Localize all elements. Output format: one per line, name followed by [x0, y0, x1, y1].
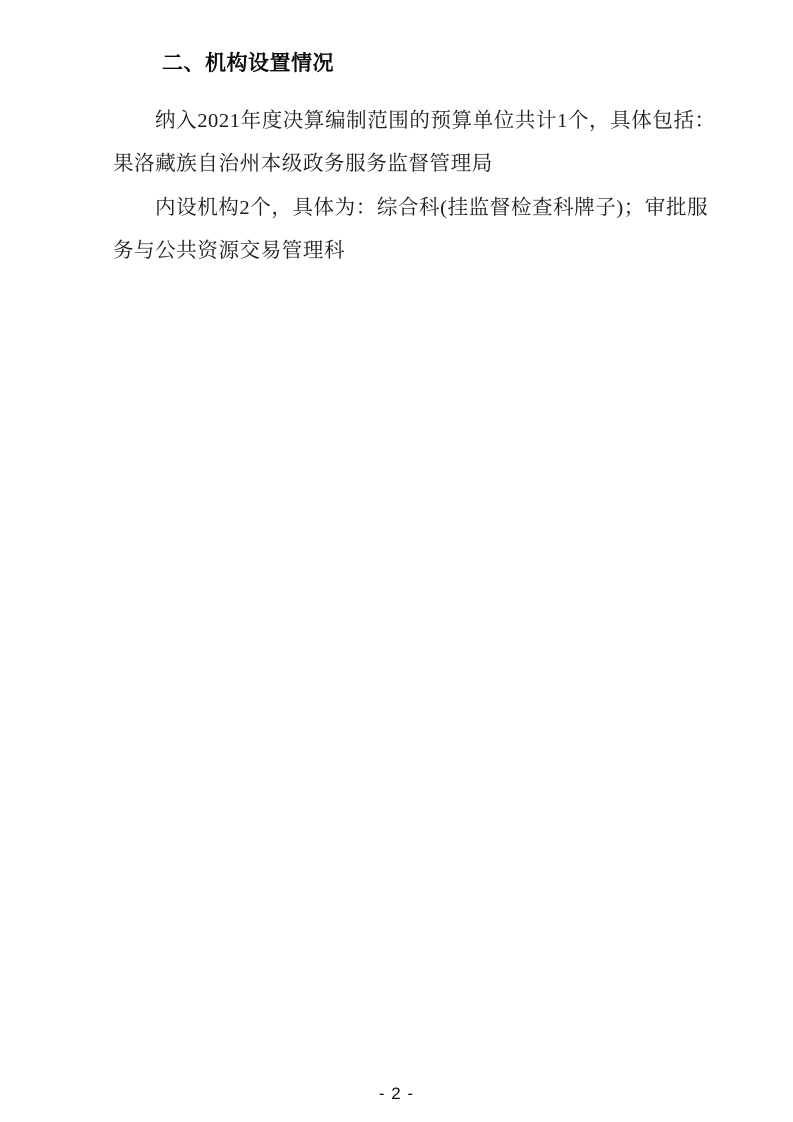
paragraph-budget-units-line-2: 果洛藏族自治州本级政务服务监督管理局 [113, 143, 729, 186]
page-number: - 2 - [379, 1084, 414, 1103]
paragraph-budget-units-line-1: 纳入2021年度决算编制范围的预算单位共计1个，具体包括： [113, 100, 729, 143]
section-heading: 二、机构设置情况 [162, 53, 334, 74]
document-body: 纳入2021年度决算编制范围的预算单位共计1个，具体包括： 果洛藏族自治州本级政… [113, 100, 729, 274]
page-footer: - 2 - [0, 1084, 793, 1104]
document-page: 二、机构设置情况 纳入2021年度决算编制范围的预算单位共计1个，具体包括： 果… [0, 0, 793, 1122]
paragraph-internal-orgs-line-2: 务与公共资源交易管理科 [113, 230, 729, 273]
paragraph-internal-orgs-line-1: 内设机构2个，具体为：综合科(挂监督检查科牌子)；审批服 [113, 187, 729, 230]
